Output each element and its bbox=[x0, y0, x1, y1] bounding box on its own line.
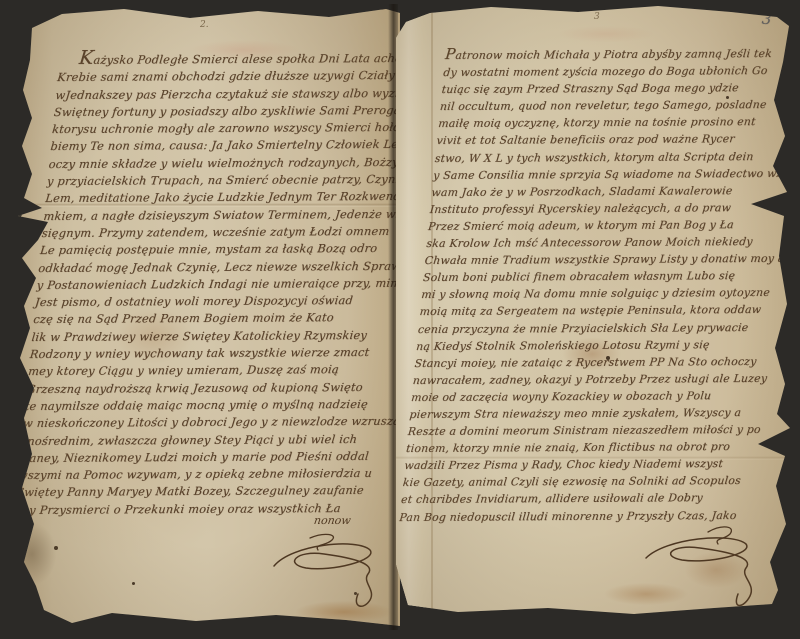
page-number-left: 2. bbox=[200, 20, 209, 30]
manuscript-line: Patronow moich Michała y Piotra abyśby z… bbox=[444, 44, 780, 64]
signature-flourish-right bbox=[636, 518, 786, 614]
manuscript-line: Grzeszną naydroższą krwią Jezusową od ku… bbox=[26, 379, 364, 398]
manuscript-line: moią mitą za Sergeatem na wstępie Penins… bbox=[419, 301, 755, 320]
manuscript-scan: 2. Każysko Podległe Smierci alese społka… bbox=[0, 0, 800, 639]
closing-word: nonow bbox=[313, 514, 352, 527]
manuscript-line: snośrednim, zwłaszcza głowney Stey Piąci… bbox=[20, 430, 358, 449]
manuscript-line: Swiętney fortuny y posiadszy albo zyskli… bbox=[53, 102, 391, 121]
manuscript-line: waney, Nieznikomey Ludzi moich y marie p… bbox=[19, 448, 357, 467]
manuscript-page-right: 3 3 Patronow moich Michała y Piotra abyś… bbox=[396, 4, 794, 618]
manuscript-line: mey ktorey Ciągu y wniey umieram, Duszę … bbox=[27, 361, 365, 380]
manuscript-line: nil occultum, quod non reveletur, tego S… bbox=[439, 96, 775, 115]
manuscript-line: w nieskończoney Litości y dobroci Jego y… bbox=[22, 413, 360, 432]
page-number-right-center: 3 bbox=[594, 12, 600, 22]
manuscript-line: ska Krolow Ich mść Antecessorow Panow Mo… bbox=[426, 233, 762, 252]
manuscript-line: wadzili Przez Pisma y Rady, Choc kiedy N… bbox=[404, 455, 740, 474]
manuscript-line: dy wostatni moment zyścia mozego do Boga… bbox=[443, 62, 779, 81]
page-number-right-corner: 3 bbox=[761, 10, 772, 29]
manuscript-line: y przyiacielskich Trupach, na Smierć obe… bbox=[46, 171, 384, 190]
manuscript-line: Każysko Podległe Smierci alese społka Dn… bbox=[58, 48, 396, 69]
manuscript-line: y Postanowieniach Ludzkich Indagi nie um… bbox=[36, 275, 374, 294]
manuscript-line: biemy Te non sima, causa: Ja Jako Smiert… bbox=[50, 136, 388, 155]
ink-speck bbox=[606, 356, 610, 360]
ink-speck bbox=[54, 546, 58, 550]
manuscript-line: stwo, W X L y tych wszystkich, ktorym al… bbox=[434, 148, 770, 167]
manuscript-line: wam Jako że y w Posrzodkach, Sladami Kaw… bbox=[431, 182, 767, 201]
manuscript-line: mi y słowną moią Na domu mnie solguiąc y… bbox=[421, 284, 757, 303]
manuscript-line: Lem, meditatione Jako życie Ludzkie Jedn… bbox=[44, 188, 382, 207]
signature-flourish-left bbox=[266, 528, 396, 612]
manuscript-line: ktorysu uchronie mogły ale zarowno wszys… bbox=[51, 119, 389, 138]
manuscript-line: Jest pismo, d ostatniey woli morey Dispo… bbox=[34, 292, 372, 311]
manuscript-line: Chwała mnie Tradium wszystkie Sprawy Lis… bbox=[424, 250, 760, 269]
manuscript-line: Rodzony y wniey wychowany tak wszystkie … bbox=[29, 344, 367, 363]
manuscript-line: czę się na Sąd Przed Panem Bogiem moim ż… bbox=[32, 309, 370, 328]
manuscript-line: sięgnym. Przymy zatendem, wcześnie zatym… bbox=[41, 223, 379, 242]
manuscript-page-left: 2. Każysko Podległe Smierci alese społka… bbox=[14, 6, 400, 632]
manuscript-line: ia y Przysmierci o Przekunki moiey oraz … bbox=[14, 500, 352, 519]
manuscript-line: tionem, ktorzy mnie nie znaią, Kon flict… bbox=[405, 438, 741, 457]
manuscript-line: et charibdes Invidiarum, allidere usiłow… bbox=[400, 489, 736, 508]
manuscript-line: moie od zaczęcia woyny Kozackiey w oboza… bbox=[410, 387, 746, 406]
manuscript-line: vivit et tot Saltanie beneficiis oraz po… bbox=[436, 130, 772, 149]
manuscript-line: odkładać mogę Jednak Czynię, Lecz niewze… bbox=[38, 258, 376, 277]
manuscript-line: Przez Smierć moią adeum, w ktorym mi Pan… bbox=[427, 216, 763, 235]
manuscript-line: kie Gazety, animal Czyli się ezwosię na … bbox=[402, 472, 738, 491]
manuscript-line: Stancyi moiey, nie zataiąc z Rycerstwem … bbox=[414, 353, 750, 372]
manuscript-text-right: Patronow moich Michała y Piotra abyśby z… bbox=[399, 44, 781, 526]
manuscript-line: Le pamięcią postępuie mnie, mystam za ła… bbox=[39, 240, 377, 259]
manuscript-line: nawracałem, zadney, okazyi y Potrzeby Pr… bbox=[412, 370, 748, 389]
manuscript-line: maiłę moią oyczyznę, ktorzy mnie na tośn… bbox=[437, 113, 773, 132]
manuscript-line: mkiem, a nagłe dzisieyszym Swiatow Termi… bbox=[43, 206, 381, 225]
manuscript-line: te naymilsze oddaię maiąc mocną ymię o m… bbox=[24, 396, 362, 415]
manuscript-line: wJednakszey pas Pierzcha czytakuż sie st… bbox=[55, 85, 393, 104]
manuscript-line: Solum boni publici finem obracałem własn… bbox=[422, 267, 758, 286]
ink-speck bbox=[726, 96, 729, 99]
ink-speck bbox=[132, 582, 135, 585]
manuscript-line: lik w Prawdziwey wierze Swiętey Katolick… bbox=[31, 327, 369, 346]
manuscript-line: Reszte a domini meorum Sinistram niezasz… bbox=[407, 421, 743, 440]
manuscript-line: wszymi na Pomoc wzywam, y z opieką zebne… bbox=[17, 465, 355, 484]
ink-speck bbox=[354, 592, 357, 595]
manuscript-line: y Same Consilia mnie sprzyia Są wiadome … bbox=[432, 165, 768, 184]
manuscript-line: pierwszym Stra nieważszy meo mnie zyskał… bbox=[409, 404, 745, 423]
manuscript-line: Instituto professyi Rycerskiey należącyc… bbox=[429, 199, 765, 218]
manuscript-line: Krebie sami znami obchodzi gdzie dłuższe… bbox=[56, 67, 394, 86]
paper-tear-hole bbox=[12, 210, 22, 218]
manuscript-text-left: Każysko Podległe Smierci alese społka Dn… bbox=[14, 48, 397, 519]
manuscript-line: oczy mnie składze y wielu wielmożnych ro… bbox=[48, 154, 386, 173]
manuscript-line: Swiętey Panny Maryey Matki Bozey, Szczeg… bbox=[15, 482, 353, 501]
manuscript-line: cenia przyczyna że mnie Przyiacielskich … bbox=[417, 318, 753, 337]
manuscript-line: ną Kiedyś Stolnik Smoleńskiego Lotosu Rz… bbox=[415, 336, 751, 355]
